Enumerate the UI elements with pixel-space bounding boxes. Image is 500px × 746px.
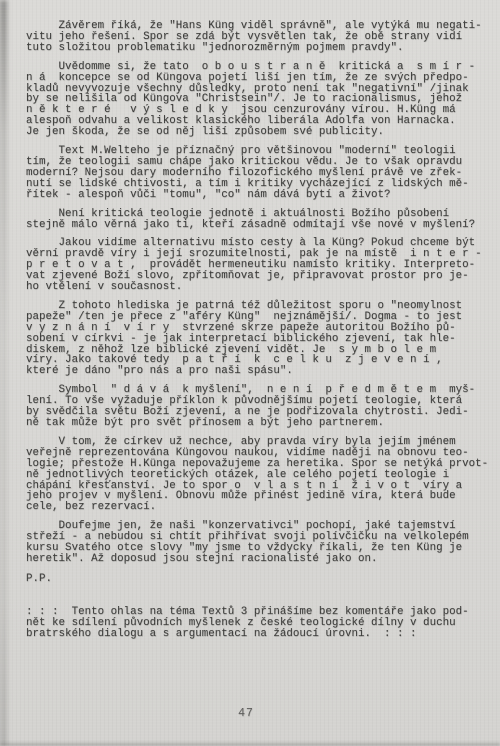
paragraph-body: Doufejme jen, že naši "konzervativci" po… xyxy=(26,521,496,565)
page-number: 47 xyxy=(0,707,492,720)
paragraph-editorial-note: : : : Tento ohlas na téma Textů 3 přináš… xyxy=(26,607,496,640)
paragraph-body: Text M.Welteho je příznačný pro většinov… xyxy=(26,146,496,201)
paragraph-body: Z tohoto hlediska je patrná též důležito… xyxy=(26,301,496,377)
paragraph-body: Závěrem říká, že "Hans Küng viděl správn… xyxy=(26,21,496,54)
paragraph-body: Symbol " d á v á k myšlení", n e n í p ř… xyxy=(26,385,496,429)
paragraph-body: Uvědomme si, že tato o b o u s t r a n ě… xyxy=(26,62,496,138)
paragraph-signature: P.P. xyxy=(26,574,496,585)
paragraph-body: Jakou vidíme alternativu místo cesty à l… xyxy=(26,238,496,293)
paragraph-body: Není kritická teologie jednotě i aktuáln… xyxy=(26,209,496,231)
paragraph-body: V tom, že církev už nechce, aby pravda v… xyxy=(26,437,496,513)
document-text: Závěrem říká, že "Hans Küng viděl správn… xyxy=(26,21,496,648)
scanned-page: Závěrem říká, že "Hans Küng viděl správn… xyxy=(0,0,500,746)
scan-edge-shadow-left xyxy=(0,0,7,746)
scan-edge-shadow-bottom xyxy=(0,741,500,746)
